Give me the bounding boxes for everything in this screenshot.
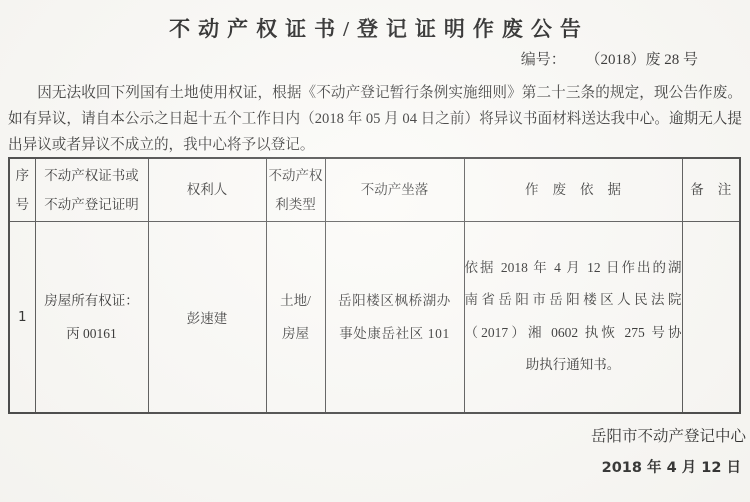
cell-remark — [682, 221, 740, 413]
doc-number-label: 编号： — [521, 52, 566, 68]
cell-basis: 依据 2018 年 4 月 12 日作出的湖 南省岳阳市岳阳楼区人民法院 （20… — [464, 221, 682, 413]
header-remark: 备注 — [682, 158, 740, 221]
header-right-type-line2: 利类型 — [267, 190, 325, 219]
cell-location: 岳阳楼区枫桥湖办 事处康岳社区 101 — [325, 221, 464, 413]
doc-number-line: 编号： （2018）废 28 号 — [521, 48, 698, 69]
cell-basis-line1: 依据 2018 年 4 月 12 日作出的湖 — [465, 252, 682, 285]
cell-certificate-line1: 房屋所有权证： — [36, 284, 148, 317]
announcement-document: 不动产权证书/登记证明作废公告 编号： （2018）废 28 号 因无法收回下列… — [0, 0, 750, 502]
table-row: 1 房屋所有权证： 丙 00161 彭速建 土地/ 房屋 岳阳楼区枫桥湖办 事处… — [9, 221, 740, 413]
header-basis: 作废依据 — [464, 158, 682, 221]
header-seq-line1: 序 — [10, 161, 35, 190]
header-right-type: 不动产权 利类型 — [266, 158, 325, 221]
cell-certificate-line2: 丙 00161 — [36, 317, 148, 350]
header-location: 不动产坐落 — [325, 158, 464, 221]
header-certificate-line2: 不动产登记证明 — [36, 190, 148, 219]
page-title-text: 不动产权证书/登记证明作废公告 — [169, 17, 589, 41]
invalidation-table: 序 号 不动产权证书或 不动产登记证明 权利人 不动产权 利类型 不动产坐落 作… — [8, 157, 741, 414]
cell-holder: 彭速建 — [148, 221, 266, 413]
cell-right-type-line2: 房屋 — [267, 317, 325, 350]
cell-seq: 1 — [9, 221, 35, 413]
header-seq: 序 号 — [9, 158, 35, 221]
cell-basis-line3: （2017）湘 0602 执恢 275 号协 — [465, 317, 682, 350]
header-remark-text: 备注 — [690, 182, 745, 197]
cell-location-line1: 岳阳楼区枫桥湖办 — [326, 284, 464, 317]
cell-certificate: 房屋所有权证： 丙 00161 — [35, 221, 148, 413]
table-header-row: 序 号 不动产权证书或 不动产登记证明 权利人 不动产权 利类型 不动产坐落 作… — [9, 158, 740, 221]
header-holder: 权利人 — [148, 158, 266, 221]
header-seq-line2: 号 — [10, 190, 35, 219]
cell-right-type-line1: 土地/ — [267, 284, 325, 317]
issuer-name: 岳阳市不动产登记中心 — [591, 424, 746, 446]
header-basis-text: 作废依据 — [525, 182, 635, 197]
doc-number-value: （2018）废 28 号 — [585, 52, 698, 68]
cell-right-type: 土地/ 房屋 — [266, 221, 325, 413]
cell-location-line2: 事处康岳社区 101 — [326, 317, 464, 350]
cell-basis-line2: 南省岳阳市岳阳楼区人民法院 — [465, 284, 682, 317]
header-certificate-line1: 不动产权证书或 — [36, 161, 148, 190]
cell-basis-line4: 助执行通知书。 — [465, 349, 682, 382]
issue-date: 2018 年 4 月 12 日 — [602, 456, 741, 477]
intro-paragraph: 因无法收回下列国有土地使用权证，根据《不动产登记暂行条例实施细则》第二十三条的规… — [8, 80, 742, 158]
header-certificate: 不动产权证书或 不动产登记证明 — [35, 158, 148, 221]
header-right-type-line1: 不动产权 — [267, 161, 325, 190]
page-title: 不动产权证书/登记证明作废公告 — [0, 13, 750, 43]
